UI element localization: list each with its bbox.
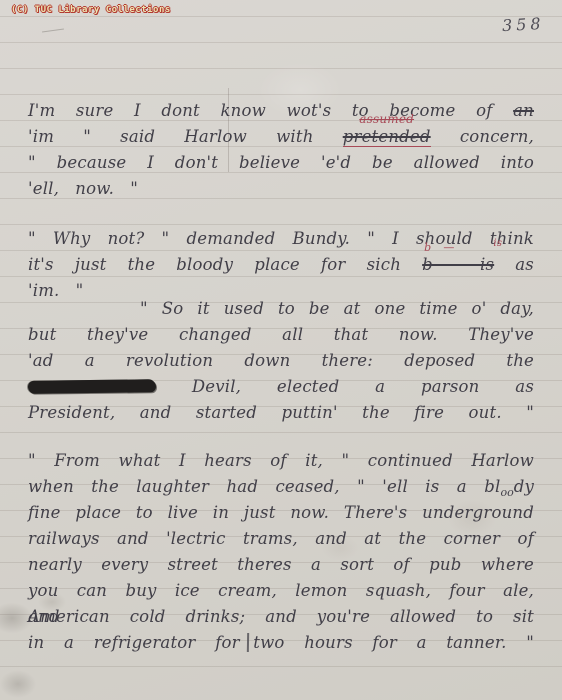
manuscript-line: it's just the bloody place for sich b —i… — [28, 252, 534, 278]
text-run: but they've changed all that now. They'v… — [28, 325, 534, 344]
manuscript-line: in a refrigerator fortwo hours for a tan… — [28, 630, 534, 656]
manuscript-line: 'ad a revolution down there: deposed the — [28, 348, 534, 374]
struck-word: b—— is — [422, 255, 494, 274]
manuscript-line: when the laughter had ceased, " 'ell is … — [28, 474, 534, 500]
text-run: 'im " said Harlow with — [28, 127, 314, 146]
manuscript-line: you can buy ice cream, lemon squash, fou… — [28, 578, 534, 604]
red-ink-correction: b — — [424, 242, 454, 253]
pencil-scratch — [42, 28, 64, 32]
text-run: as — [515, 255, 534, 274]
paragraph-2: " Why not? " demanded Bundy. " I should … — [28, 226, 534, 304]
paragraph-4: " From what I hears of it, " continued H… — [28, 448, 534, 656]
red-ink-correction: is — [493, 239, 502, 249]
manuscript-line: fine place to live in just now. There's … — [28, 500, 534, 526]
manuscript-line: President, and started puttin' the fire … — [28, 400, 534, 426]
correction-group: assumedpretended — [343, 124, 431, 150]
text-run: dy — [514, 477, 534, 496]
text-run: railways and 'lectric trams, and at the … — [28, 529, 534, 548]
text-run: when the laughter had ceased, " 'ell is … — [28, 477, 500, 496]
manuscript-line: but they've changed all that now. They'v… — [28, 322, 534, 348]
text-run: fine place to live in just now. There's … — [28, 503, 534, 522]
manuscript-line: " So it used to be at one time o' day, — [28, 296, 534, 322]
struck-word: pretended — [343, 127, 431, 147]
manuscript-line: nearly every street theres a sort of pub… — [28, 552, 534, 578]
text-run: American cold drinks; and you're allowed… — [28, 607, 534, 626]
text-run: Devil, elected a parson as — [192, 377, 534, 396]
manuscript-line: 'ell, now. " — [28, 176, 534, 202]
manuscript-line: " From what I hears of it, " continued H… — [28, 448, 534, 474]
inserted-letters: oo — [500, 486, 513, 499]
text-run: nearly every street theres a sort of pub… — [28, 555, 534, 574]
manuscript-page: (C) TUC Library Collections 358 I'm sure… — [0, 0, 562, 700]
text-run: " because I don't believe 'e'd be allowe… — [28, 153, 534, 172]
text-run: 'ad a revolution down there: deposed the — [28, 351, 534, 370]
text-run: two hours for a tanner. " — [253, 633, 534, 652]
paragraph-1: I'm sure I dont know wot's to become of … — [28, 98, 534, 202]
stray-stroke — [247, 633, 249, 652]
text-run: " From what I hears of it, " continued H… — [28, 451, 534, 470]
manuscript-line: " Why not? " demanded Bundy. " I should … — [28, 226, 534, 252]
text-run: 'ell, now. " — [28, 179, 138, 198]
correction-group: b —isb—— is — [422, 252, 494, 278]
text-run: " So it used to be at one time o' day, — [140, 299, 534, 318]
page-number: 358 — [502, 14, 545, 35]
text-run: it's just the bloody place for sich — [28, 255, 401, 274]
text-run: concern, — [460, 127, 534, 146]
red-ink-correction: assumed — [359, 113, 414, 125]
manuscript-line: 'im " said Harlow with assumedpretended … — [28, 124, 534, 150]
struck-word: an — [513, 101, 534, 120]
text-run: I'm sure I dont know wot's to become of — [28, 101, 493, 120]
manuscript-line: I'm sure I dont know wot's to become of … — [28, 98, 534, 124]
manuscript-line: American cold drinks; and you're allowed… — [28, 604, 534, 630]
paragraph-3: " So it used to be at one time o' day, b… — [28, 296, 534, 426]
manuscript-line: railways and 'lectric trams, and at the … — [28, 526, 534, 552]
text-run: in a refrigerator for — [28, 633, 240, 652]
manuscript-line: Devil, elected a parson as — [28, 374, 534, 400]
redaction-mark — [28, 379, 156, 394]
library-watermark: (C) TUC Library Collections — [11, 5, 171, 15]
manuscript-line: " because I don't believe 'e'd be allowe… — [28, 150, 534, 176]
text-run: " Why not? " demanded Bundy. " I should … — [28, 229, 534, 248]
text-run: President, and started puttin' the fire … — [28, 403, 534, 422]
